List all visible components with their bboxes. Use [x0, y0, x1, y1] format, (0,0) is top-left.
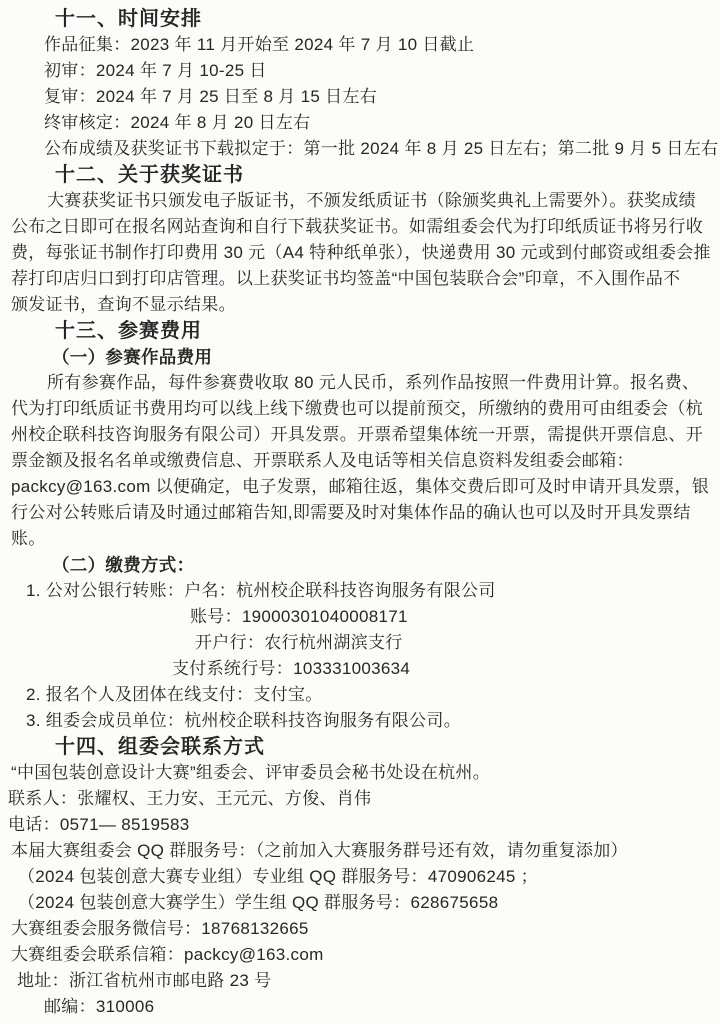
- section-14-heading: 十四、组委会联系方式: [0, 734, 720, 760]
- schedule-line-collection: 作品征集：2023 年 11 月开始至 2024 年 7 月 10 日截止: [0, 32, 720, 58]
- fees-paragraph-line: packcy@163.com 以便确定，电子发票，邮箱往返，集体交费后即可及时申…: [0, 474, 720, 500]
- certificate-paragraph-line: 费，每张证书制作打印费用 30 元（A4 特种纸单张），快递费用 30 元或到付…: [0, 240, 720, 266]
- contact-postcode-line: 邮编：310006: [0, 994, 720, 1020]
- document-page: 十一、时间安排 作品征集：2023 年 11 月开始至 2024 年 7 月 1…: [0, 0, 720, 1024]
- fees-paragraph-line: 票金额及报名名单或缴费信息、开票联系人及电话等相关信息资料发组委会邮箱：: [0, 448, 720, 474]
- fees-subheading-entry-fee: （一）参赛作品费用: [0, 344, 720, 370]
- contact-qq-professional-line: （2024 包装创意大赛专业组）专业组 QQ 群服务号：470906245 ；: [0, 864, 720, 890]
- fees-paragraph-line: 所有参赛作品，每件参赛费收取 80 元人民币，系列作品按照一件费用计算。报名费、: [0, 370, 720, 396]
- fees-subheading-payment-method: （二）缴费方式：: [0, 552, 720, 578]
- schedule-line-final-review: 终审核定：2024 年 8 月 20 日左右: [0, 110, 720, 136]
- payment-bank-branch: 开户行：农行杭州湖滨支行: [0, 630, 720, 656]
- contact-qq-student-line: （2024 包装创意大赛学生）学生组 QQ 群服务号：628675658: [0, 890, 720, 916]
- contact-qq-notice-line: 本届大赛组委会 QQ 群服务号：（之前加入大赛服务群号还有效，请勿重复添加）: [0, 838, 720, 864]
- contact-phone-line: 电话：0571— 8519583: [0, 812, 720, 838]
- payment-item-online: 2. 报名个人及团体在线支付：支付宝。: [0, 682, 720, 708]
- contact-email-line: 大赛组委会联系信箱：packcy@163.com: [0, 942, 720, 968]
- contact-address-line: 地址：浙江省杭州市邮电路 23 号: [0, 968, 720, 994]
- payment-item-member-unit: 3. 组委会成员单位：杭州校企联科技咨询服务有限公司。: [0, 708, 720, 734]
- fees-paragraph-line: 州校企联科技咨询服务有限公司）开具发票。开票希望集体统一开票，需提供开票信息、开: [0, 422, 720, 448]
- section-12-heading: 十二、关于获奖证书: [0, 162, 720, 188]
- certificate-paragraph-line: 公布之日即可在报名网站查询和自行下载获奖证书。如需组委会代为打印纸质证书将另行收: [0, 214, 720, 240]
- fees-paragraph-line: 行公对公转账后请及时通过邮箱告知,即需要及时对集体作品的确认也可以及时开具发票结: [0, 500, 720, 526]
- payment-system-bank-code: 支付系统行号：103331003634: [0, 656, 720, 682]
- fees-paragraph-line: 代为打印纸质证书费用均可以线上线下缴费也可以提前预交，所缴纳的费用可由组委会（杭: [0, 396, 720, 422]
- schedule-line-results: 公布成绩及获奖证书下载拟定于：第一批 2024 年 8 月 25 日左右；第二批…: [0, 136, 720, 162]
- section-11-heading: 十一、时间安排: [0, 6, 720, 32]
- certificate-paragraph-line: 大赛获奖证书只颁发电子版证书，不颁发纸质证书（除颁奖典礼上需要外）。获奖成绩: [0, 188, 720, 214]
- payment-item-bank-transfer: 1. 公对公银行转账：户名：杭州校企联科技咨询服务有限公司: [0, 578, 720, 604]
- payment-account-number: 账号：19000301040008171: [0, 604, 720, 630]
- certificate-paragraph-line: 颁发证书，查询不显示结果。: [0, 292, 720, 318]
- contact-wechat-line: 大赛组委会服务微信号：18768132665: [0, 916, 720, 942]
- schedule-line-second-review: 复审：2024 年 7 月 25 日至 8 月 15 日左右: [0, 84, 720, 110]
- fees-paragraph-line: 账。: [0, 526, 720, 552]
- schedule-line-first-review: 初审：2024 年 7 月 10-25 日: [0, 58, 720, 84]
- section-13-heading: 十三、参赛费用: [0, 318, 720, 344]
- certificate-paragraph-line: 荐打印店归口到打印店管理。以上获奖证书均签盖“中国包装联合会”印章，不入围作品不: [0, 266, 720, 292]
- contact-secretariat-line: “中国包装创意设计大赛”组委会、评审委员会秘书处设在杭州。: [0, 760, 720, 786]
- contact-persons-line: 联系人：张耀权、王力安、王元元、方俊、肖伟: [0, 786, 720, 812]
